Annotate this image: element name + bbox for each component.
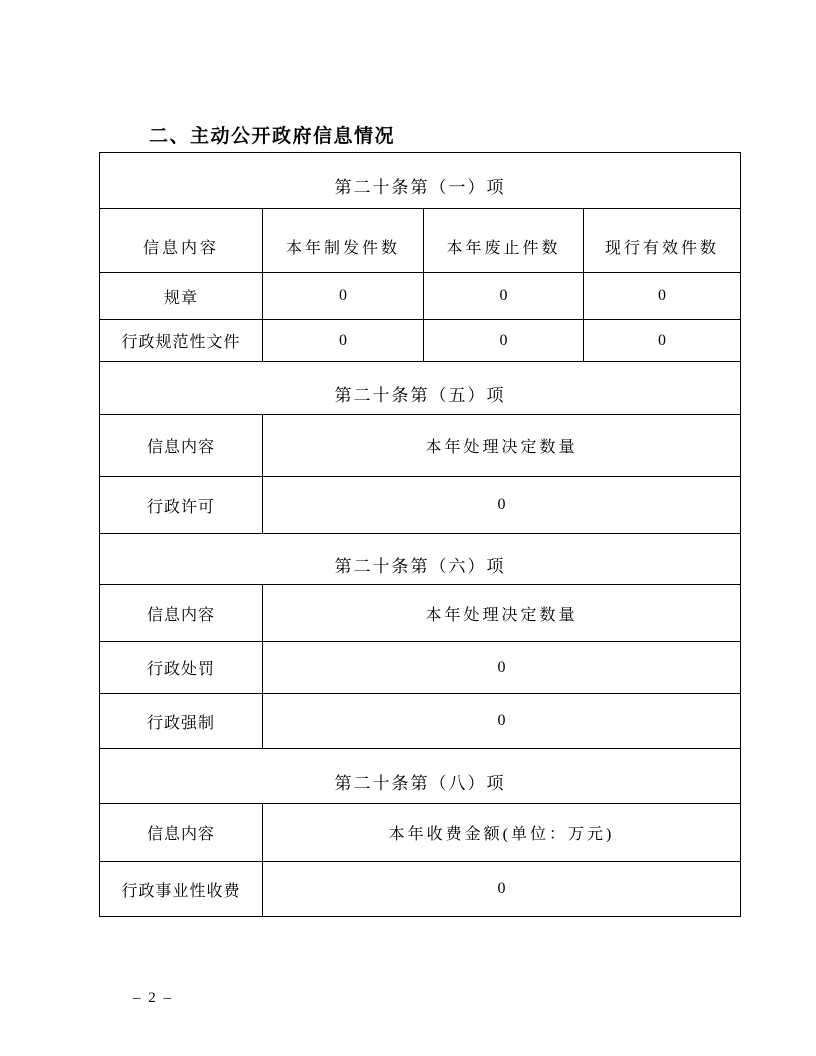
table-row: 信息内容 本年处理决定数量 [100, 585, 741, 642]
document-page: 二、主动公开政府信息情况 第二十条第（一）项 信息内容 本年制发件数 本年废止件… [0, 0, 816, 1056]
cell-value: 0 [424, 273, 584, 320]
row-label: 行政规范性文件 [100, 320, 263, 362]
table-row: 行政强制 0 [100, 694, 741, 749]
row-label: 行政强制 [100, 694, 263, 749]
cell-value: 0 [263, 862, 741, 917]
cell-value: 0 [263, 694, 741, 749]
row-label: 行政处罚 [100, 642, 263, 694]
table-row: 信息内容 本年处理决定数量 [100, 415, 741, 477]
row-label: 行政事业性收费 [100, 862, 263, 917]
cell-value: 0 [424, 320, 584, 362]
cell-value: 0 [584, 273, 741, 320]
column-header: 本年收费金额(单位：万元) [263, 804, 741, 862]
disclosure-table: 第二十条第（一）项 信息内容 本年制发件数 本年废止件数 现行有效件数 规章 0… [99, 152, 741, 917]
row-label: 行政许可 [100, 477, 263, 534]
table-row: 规章 0 0 0 [100, 273, 741, 320]
cell-value: 0 [263, 273, 424, 320]
section-title: 第二十条第（八）项 [100, 749, 741, 804]
column-header: 现行有效件数 [584, 209, 741, 273]
cell-value: 0 [263, 642, 741, 694]
table-row: 信息内容 本年收费金额(单位：万元) [100, 804, 741, 862]
section-title: 第二十条第（六）项 [100, 534, 741, 585]
page-number: – 2 – [133, 990, 173, 1007]
row-label: 信息内容 [100, 415, 263, 477]
cell-value: 0 [263, 320, 424, 362]
table-row: 行政事业性收费 0 [100, 862, 741, 917]
cell-value: 0 [263, 477, 741, 534]
column-header: 本年处理决定数量 [263, 415, 741, 477]
row-label: 信息内容 [100, 585, 263, 642]
column-header: 本年废止件数 [424, 209, 584, 273]
column-header: 本年制发件数 [263, 209, 424, 273]
page-heading: 二、主动公开政府信息情况 [149, 121, 395, 148]
table-row: 行政规范性文件 0 0 0 [100, 320, 741, 362]
cell-value: 0 [584, 320, 741, 362]
section-title: 第二十条第（一）项 [100, 153, 741, 209]
row-label: 规章 [100, 273, 263, 320]
section-title: 第二十条第（五）项 [100, 362, 741, 415]
row-label: 信息内容 [100, 804, 263, 862]
table-row: 行政许可 0 [100, 477, 741, 534]
column-header: 信息内容 [100, 209, 263, 273]
column-header: 本年处理决定数量 [263, 585, 741, 642]
table-row: 行政处罚 0 [100, 642, 741, 694]
